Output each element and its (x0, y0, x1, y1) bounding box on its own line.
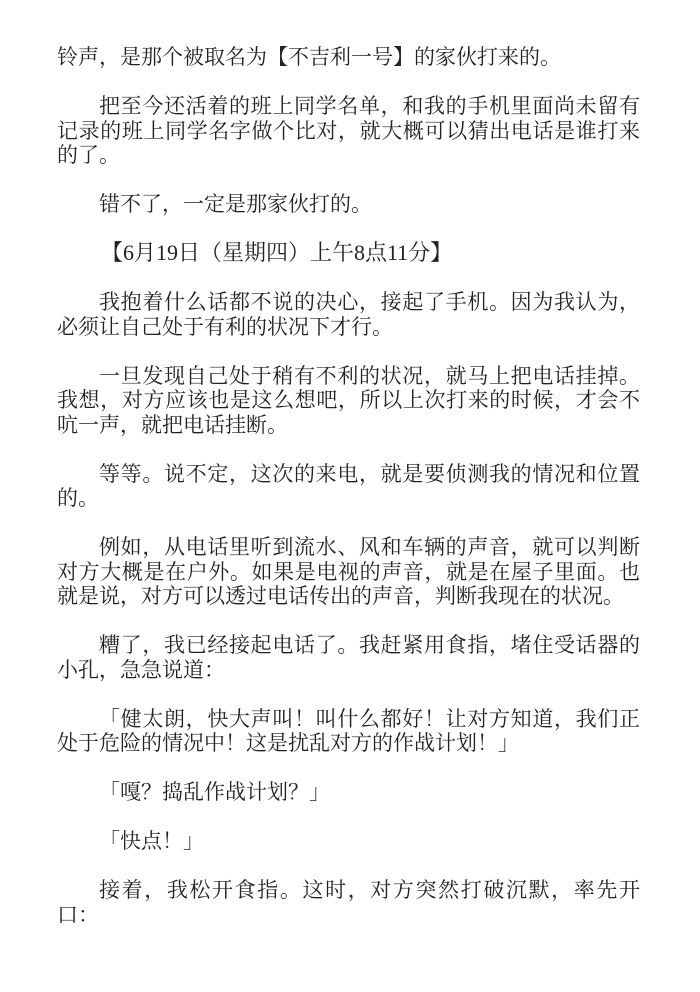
novel-paragraph: 我抱着什么话都不说的决心，接起了手机。因为我认为，必须让自己处于有利的状况下才行… (57, 290, 640, 339)
novel-paragraph: 糟了，我已经接起电话了。我赶紧用食指，堵住受话器的小孔，急急说道： (57, 633, 640, 682)
novel-paragraph: 例如，从电话里听到流水、风和车辆的声音，就可以判断对方大概是在户外。如果是电视的… (57, 535, 640, 609)
novel-paragraph: 等等。说不定，这次的来电，就是要侦测我的情况和位置的。 (57, 462, 640, 511)
novel-paragraph: 错不了，一定是那家伙打的。 (57, 192, 640, 217)
datetime-heading: 【6月19日（星期四）上午8点11分】 (57, 241, 640, 266)
novel-paragraph: 把至今还活着的班上同学名单，和我的手机里面尚未留有记录的班上同学名字做个比对，就… (57, 94, 640, 168)
novel-paragraph: 铃声，是那个被取名为【不吉利一号】的家伙打来的。 (57, 45, 640, 70)
novel-paragraph: 「嘎？捣乱作战计划？」 (57, 780, 640, 805)
text-column: 铃声，是那个被取名为【不吉利一号】的家伙打来的。把至今还活着的班上同学名单，和我… (57, 45, 640, 927)
novel-paragraph: 接着，我松开食指。这时，对方突然打破沉默，率先开口： (57, 878, 640, 927)
novel-paragraph: 「健太朗，快大声叫！叫什么都好！让对方知道，我们正处于危险的情况中！这是扰乱对方… (57, 707, 640, 756)
novel-paragraph: 「快点！」 (57, 829, 640, 854)
ebook-page: 铃声，是那个被取名为【不吉利一号】的家伙打来的。把至今还活着的班上同学名单，和我… (0, 0, 700, 992)
novel-paragraph: 一旦发现自己处于稍有不利的状况，就马上把电话挂掉。我想，对方应该也是这么想吧，所… (57, 364, 640, 438)
